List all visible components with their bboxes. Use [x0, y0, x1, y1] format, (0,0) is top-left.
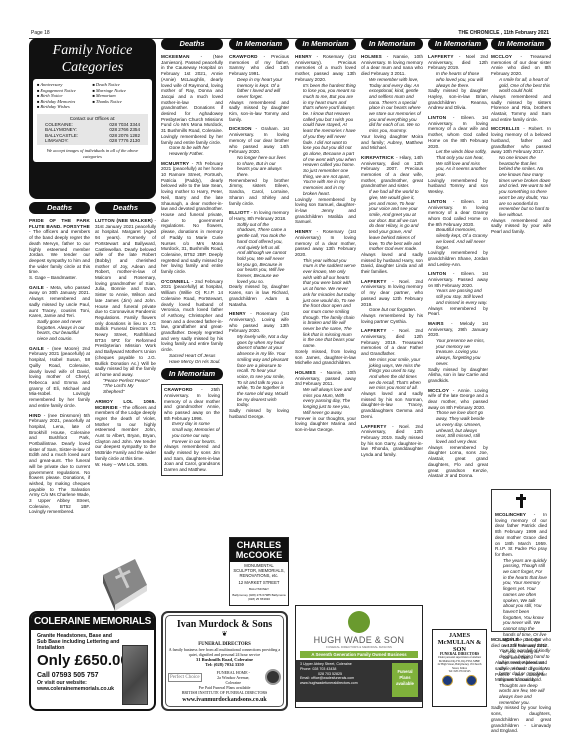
- section-banner: In Memoriam: [161, 368, 223, 380]
- notice: MCCLOY - Annie. Loving wife of the late …: [428, 388, 488, 479]
- cross-icon: [516, 494, 526, 508]
- category-item: Engagement Notice: [37, 88, 93, 93]
- crest-icon: [442, 675, 453, 686]
- memoriam-column-6: In Memoriam HOLMES - Nannie, 10th Annive…: [361, 38, 423, 462]
- notice: MCKEEMAN - (Nee Jamieson). Passed peacef…: [161, 54, 223, 157]
- mcilmoyle-notice: MCILMOYLE - George who died on 12th Febr…: [491, 637, 551, 734]
- notice: DICKSON - Graham. 1st Anniversary. In lo…: [229, 126, 289, 206]
- notice: O'CONNELL - 2nd February 2021 (peacefull…: [161, 279, 223, 365]
- notice: HIND - (nee Dinsmore) 5th February 2021,…: [29, 413, 90, 516]
- charles-mccooke-ad: CHARLESMcCOOKE MONUMENTAL SCULPTOR, MEMO…: [229, 537, 289, 606]
- notice: LAFFERTY - Noel 2nd Anniversary, died 12…: [428, 54, 488, 111]
- ivan-murdock-ad: Ivan Murdock & Sons ❦ FUNERAL DIRECTORS …: [161, 611, 288, 711]
- section-banner: In Memoriam: [361, 38, 423, 50]
- headstone-image: [122, 645, 148, 705]
- ornament-icon: ❦: [168, 631, 281, 638]
- notice: KIRKPATRICK - Hilary, 14th Anniversary, …: [361, 155, 423, 275]
- notice: MCMURTRY - 7th February 2021 (peacefully…: [161, 161, 223, 275]
- category-item: Marriage Notice: [93, 88, 149, 93]
- notice: LINTON - Eileen. 1st Anniversary. In lov…: [428, 199, 488, 267]
- notice: PRIDE OF THE PARK FLUTE BAND. FORSYTHE -…: [29, 218, 90, 281]
- crest-icon: [265, 669, 281, 685]
- notice: HENRY - Rosemary (1st Anniversary). Prec…: [295, 54, 356, 225]
- mcglinchey-notice: MCGLINCHEY - In loving memory of our dea…: [491, 489, 551, 632]
- notice: MCCLOY - Treasured memories of our dear …: [491, 54, 551, 122]
- page-number: Page 18: [31, 30, 50, 36]
- notice: GAILE - (nee Moore) 2nd February 2021 (p…: [29, 346, 90, 409]
- notice: GAILE - Meta, who passed away on 30th Ja…: [29, 285, 90, 342]
- hugh-wade-ad: HUGH WADE & SON FUNERAL DIRECTORS & MEMO…: [295, 605, 423, 708]
- deaths-column-1: Deaths PRIDE OF THE PARK FLUTE BAND. FOR…: [29, 202, 90, 519]
- notice: ELLIOTT - In loving memory of Harry, 8th…: [229, 210, 289, 307]
- section-banner: Deaths: [29, 202, 90, 214]
- notice: MAIRS - Melody 1st Anniversary, 29th Jan…: [428, 321, 488, 384]
- memoriam-column-7: In Memoriam LAFFERTY - Noel 2nd Annivers…: [428, 38, 488, 483]
- bible-icon: [95, 555, 150, 613]
- website-link[interactable]: www.ivanmurdockandsons.co.uk: [168, 697, 281, 703]
- coleraine-memorials-ad: COLERAINE MEMORIALS Granite Headstones, …: [29, 611, 156, 711]
- category-item: Death Notice: [93, 82, 149, 87]
- james-mcmullan-ad: JAMES McMULLAN & SON FUNERAL DIRECTORS U…: [432, 629, 487, 707]
- category-list: Anniversary Death Notice Engagement Noti…: [37, 82, 148, 109]
- memoriam-column-4: In Memoriam CRAWFORD - Precious memories…: [229, 38, 289, 424]
- notice: LINTON - Eileen. 1st Anniversary. In lov…: [428, 115, 488, 195]
- hugh-wade-logo: [348, 611, 370, 633]
- selected-badge-icon: [466, 675, 477, 686]
- categories-title: Family NoticeCategories: [33, 42, 152, 76]
- memoriam-column-5: In Memoriam HENRY - Rosemary (1st Annive…: [295, 38, 356, 437]
- notice: LAFFERTY - Noel. 2nd Anniversary, died 1…: [361, 328, 423, 419]
- section-banner: In Memoriam: [229, 38, 289, 50]
- category-item: Birthday Memories: [37, 99, 93, 104]
- deaths-column-3: Deaths MCKEEMAN - (Nee Jamieson). Passed…: [161, 38, 223, 480]
- phone-number: 028 7776 2130: [109, 138, 140, 143]
- notice: LAFFERTY - Noel. 2nd Anniversary. In lov…: [361, 279, 423, 325]
- office-contacts: Contact our Offices at: COLERAINE:028 70…: [37, 114, 148, 145]
- category-item: Anniversary: [37, 82, 93, 87]
- notice: MCCRELLIS - Robert. In loving memory of …: [491, 126, 551, 234]
- notice: LUTTON (NEE WALKER) - 31st January 2021 …: [95, 218, 156, 395]
- category-item: Birth Notice: [37, 93, 93, 98]
- category-item: Memoriam: [93, 93, 149, 98]
- deaths-column-2: Deaths LUTTON (NEE WALKER) - 31st Januar…: [95, 202, 156, 471]
- notice: CRAWFORD - 25th Anniversary. In loving m…: [161, 384, 223, 476]
- section-banner: In Memoriam: [491, 38, 551, 50]
- notice: HOLMES - Nannie, 10th Anniversary, passe…: [295, 370, 356, 433]
- category-item: Thanks Notice: [93, 99, 149, 104]
- memoriam-column-8: In Memoriam MCCLOY - Treasured memories …: [491, 38, 551, 239]
- family-notice-categories: Family NoticeCategories Anniversary Deat…: [29, 38, 156, 199]
- notice: CRAWFORD - Precious memories of my fathe…: [229, 54, 289, 122]
- section-banner: Deaths: [161, 38, 223, 50]
- publication-date: THE CHRONICLE , 11th February 2021: [458, 30, 549, 36]
- section-banner: Deaths: [95, 202, 156, 214]
- section-banner: In Memoriam: [428, 38, 488, 50]
- notice: HENRY - Rosemary (1st Anniversary). Lovi…: [229, 311, 289, 419]
- notice: HENRY - Rosemary (1st Anniversary) In lo…: [295, 229, 356, 366]
- images-note: We accept images of individuals in all o…: [37, 148, 148, 159]
- notice: HOLMES - Nannie, 10th Anniversary. In lo…: [361, 54, 423, 151]
- notice: ARMOY LOL 1065. MCBRIDE - The officers a…: [95, 399, 156, 467]
- section-banner: In Memoriam: [295, 38, 356, 50]
- category-item: Birthday Wishes: [37, 104, 93, 109]
- notice: LAFFERTY - Noel. 2nd Anniversary, died 1…: [361, 424, 423, 458]
- notice: LINTON - Eileen. 1st Anniversary. Passed…: [428, 271, 488, 317]
